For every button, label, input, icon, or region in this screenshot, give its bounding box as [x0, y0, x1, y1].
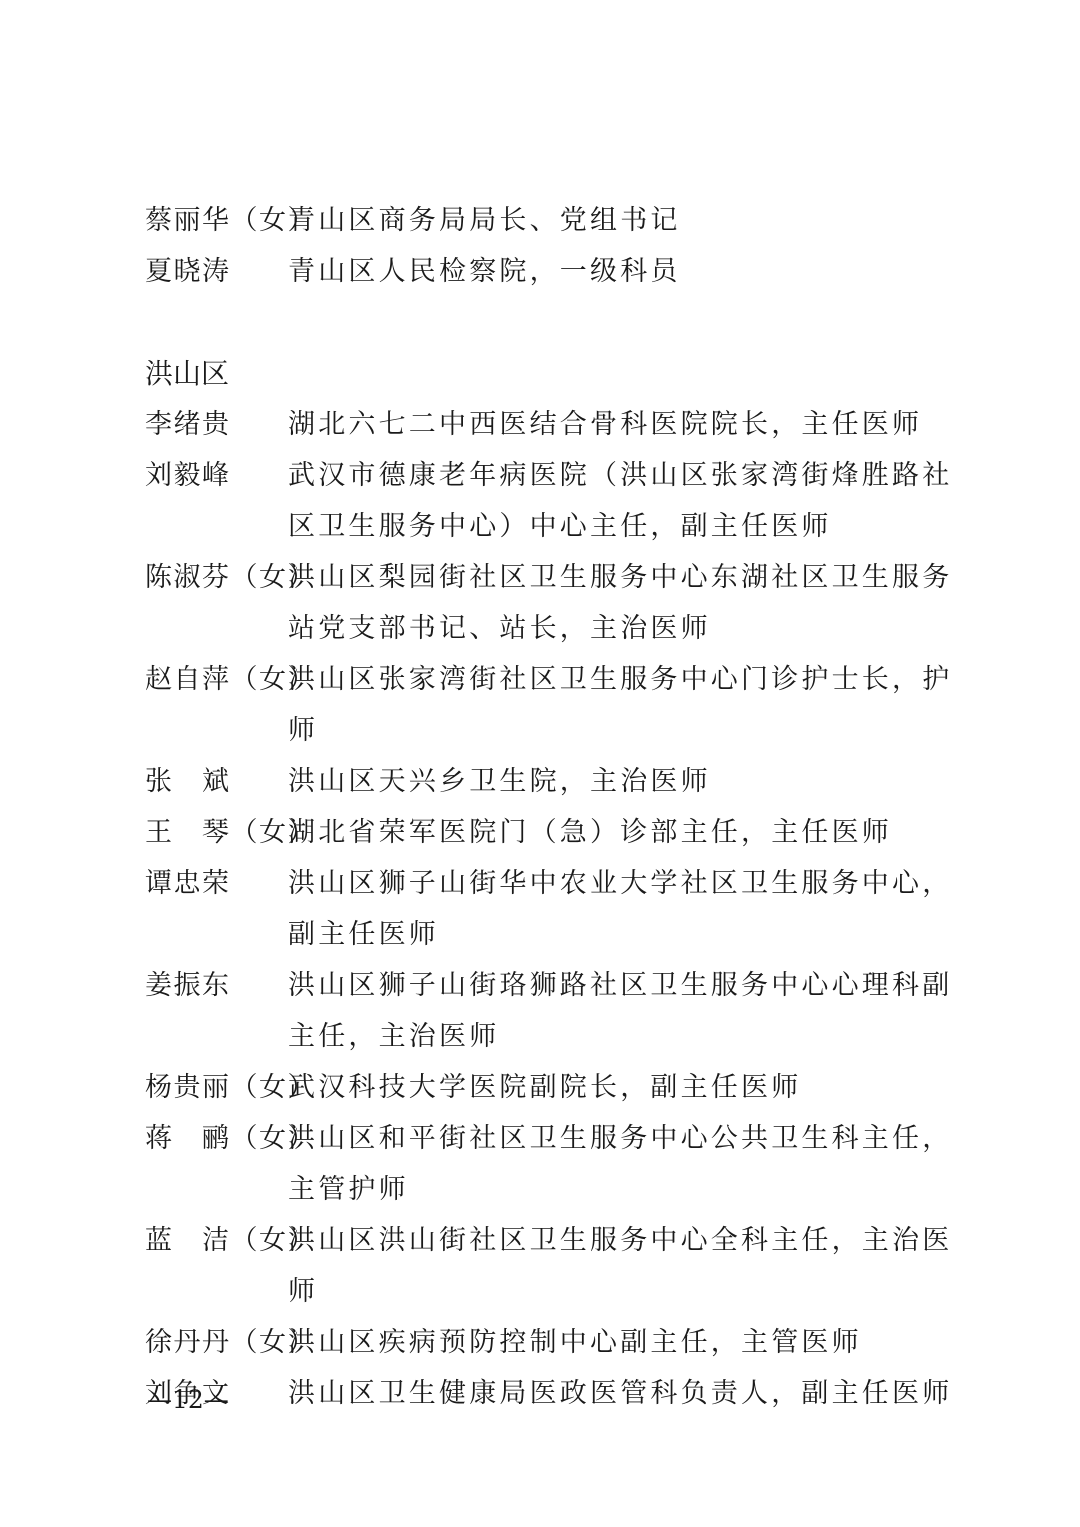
list-item: 蒋 鹂（女） 洪山区和平街社区卫生服务中心公共卫生科主任，主管护师	[145, 1113, 955, 1215]
page-number: —12—	[147, 1382, 229, 1418]
list-item: 姜振东 洪山区狮子山街珞狮路社区卫生服务中心心理科副主任，主治医师	[145, 960, 955, 1062]
person-name: 陈淑芬（女）	[145, 552, 288, 654]
person-affiliation: 洪山区狮子山街珞狮路社区卫生服务中心心理科副主任，主治医师	[288, 960, 955, 1062]
top-entries: 蔡丽华（女） 青山区商务局局长、党组书记 夏晓涛 青山区人民检察院，一级科员	[145, 195, 955, 297]
person-name: 张 斌	[145, 756, 288, 807]
person-affiliation: 青山区人民检察院，一级科员	[288, 246, 955, 297]
person-name: 杨贵丽（女）	[145, 1062, 288, 1113]
person-affiliation: 洪山区疾病预防控制中心副主任，主管医师	[288, 1317, 955, 1368]
list-item: 刘争文 洪山区卫生健康局医政医管科负责人，副主任医师	[145, 1368, 955, 1419]
list-item: 刘毅峰 武汉市德康老年病医院（洪山区张家湾街烽胜路社区卫生服务中心）中心主任，副…	[145, 450, 955, 552]
person-affiliation: 洪山区洪山街社区卫生服务中心全科主任，主治医师	[288, 1215, 955, 1317]
person-name: 刘毅峰	[145, 450, 288, 552]
list-item: 陈淑芬（女） 洪山区梨园街社区卫生服务中心东湖社区卫生服务站党支部书记、站长，主…	[145, 552, 955, 654]
person-affiliation: 武汉科技大学医院副院长，副主任医师	[288, 1062, 955, 1113]
list-item: 夏晓涛 青山区人民检察院，一级科员	[145, 246, 955, 297]
list-item: 王 琴（女） 湖北省荣军医院门（急）诊部主任，主任医师	[145, 807, 955, 858]
person-affiliation: 湖北六七二中西医结合骨科医院院长，主任医师	[288, 399, 955, 450]
person-name: 徐丹丹（女）	[145, 1317, 288, 1368]
person-affiliation: 武汉市德康老年病医院（洪山区张家湾街烽胜路社区卫生服务中心）中心主任，副主任医师	[288, 450, 955, 552]
person-name: 王 琴（女）	[145, 807, 288, 858]
person-name: 蔡丽华（女）	[145, 195, 288, 246]
person-affiliation: 洪山区张家湾街社区卫生服务中心门诊护士长，护师	[288, 654, 955, 756]
person-name: 姜振东	[145, 960, 288, 1062]
section-hongshan: 洪山区 李绪贵 湖北六七二中西医结合骨科医院院长，主任医师 刘毅峰 武汉市德康老…	[145, 348, 955, 1419]
person-affiliation: 洪山区卫生健康局医政医管科负责人，副主任医师	[288, 1368, 955, 1419]
person-name: 夏晓涛	[145, 246, 288, 297]
person-name: 李绪贵	[145, 399, 288, 450]
list-item: 徐丹丹（女） 洪山区疾病预防控制中心副主任，主管医师	[145, 1317, 955, 1368]
person-name: 赵自萍（女）	[145, 654, 288, 756]
list-item: 张 斌 洪山区天兴乡卫生院，主治医师	[145, 756, 955, 807]
list-item: 李绪贵 湖北六七二中西医结合骨科医院院长，主任医师	[145, 399, 955, 450]
person-affiliation: 洪山区天兴乡卫生院，主治医师	[288, 756, 955, 807]
list-item: 谭忠荣 洪山区狮子山街华中农业大学社区卫生服务中心，副主任医师	[145, 858, 955, 960]
list-item: 蓝 洁（女） 洪山区洪山街社区卫生服务中心全科主任，主治医师	[145, 1215, 955, 1317]
person-affiliation: 青山区商务局局长、党组书记	[288, 195, 955, 246]
list-item: 蔡丽华（女） 青山区商务局局长、党组书记	[145, 195, 955, 246]
person-name: 蒋 鹂（女）	[145, 1113, 288, 1215]
section-title: 洪山区	[145, 348, 955, 399]
person-name: 蓝 洁（女）	[145, 1215, 288, 1317]
person-affiliation: 洪山区和平街社区卫生服务中心公共卫生科主任，主管护师	[288, 1113, 955, 1215]
person-affiliation: 洪山区梨园街社区卫生服务中心东湖社区卫生服务站党支部书记、站长，主治医师	[288, 552, 955, 654]
person-name: 谭忠荣	[145, 858, 288, 960]
person-affiliation: 湖北省荣军医院门（急）诊部主任，主任医师	[288, 807, 955, 858]
list-item: 赵自萍（女） 洪山区张家湾街社区卫生服务中心门诊护士长，护师	[145, 654, 955, 756]
document-page: 蔡丽华（女） 青山区商务局局长、党组书记 夏晓涛 青山区人民检察院，一级科员 洪…	[0, 0, 1080, 1527]
person-affiliation: 洪山区狮子山街华中农业大学社区卫生服务中心，副主任医师	[288, 858, 955, 960]
list-item: 杨贵丽（女） 武汉科技大学医院副院长，副主任医师	[145, 1062, 955, 1113]
